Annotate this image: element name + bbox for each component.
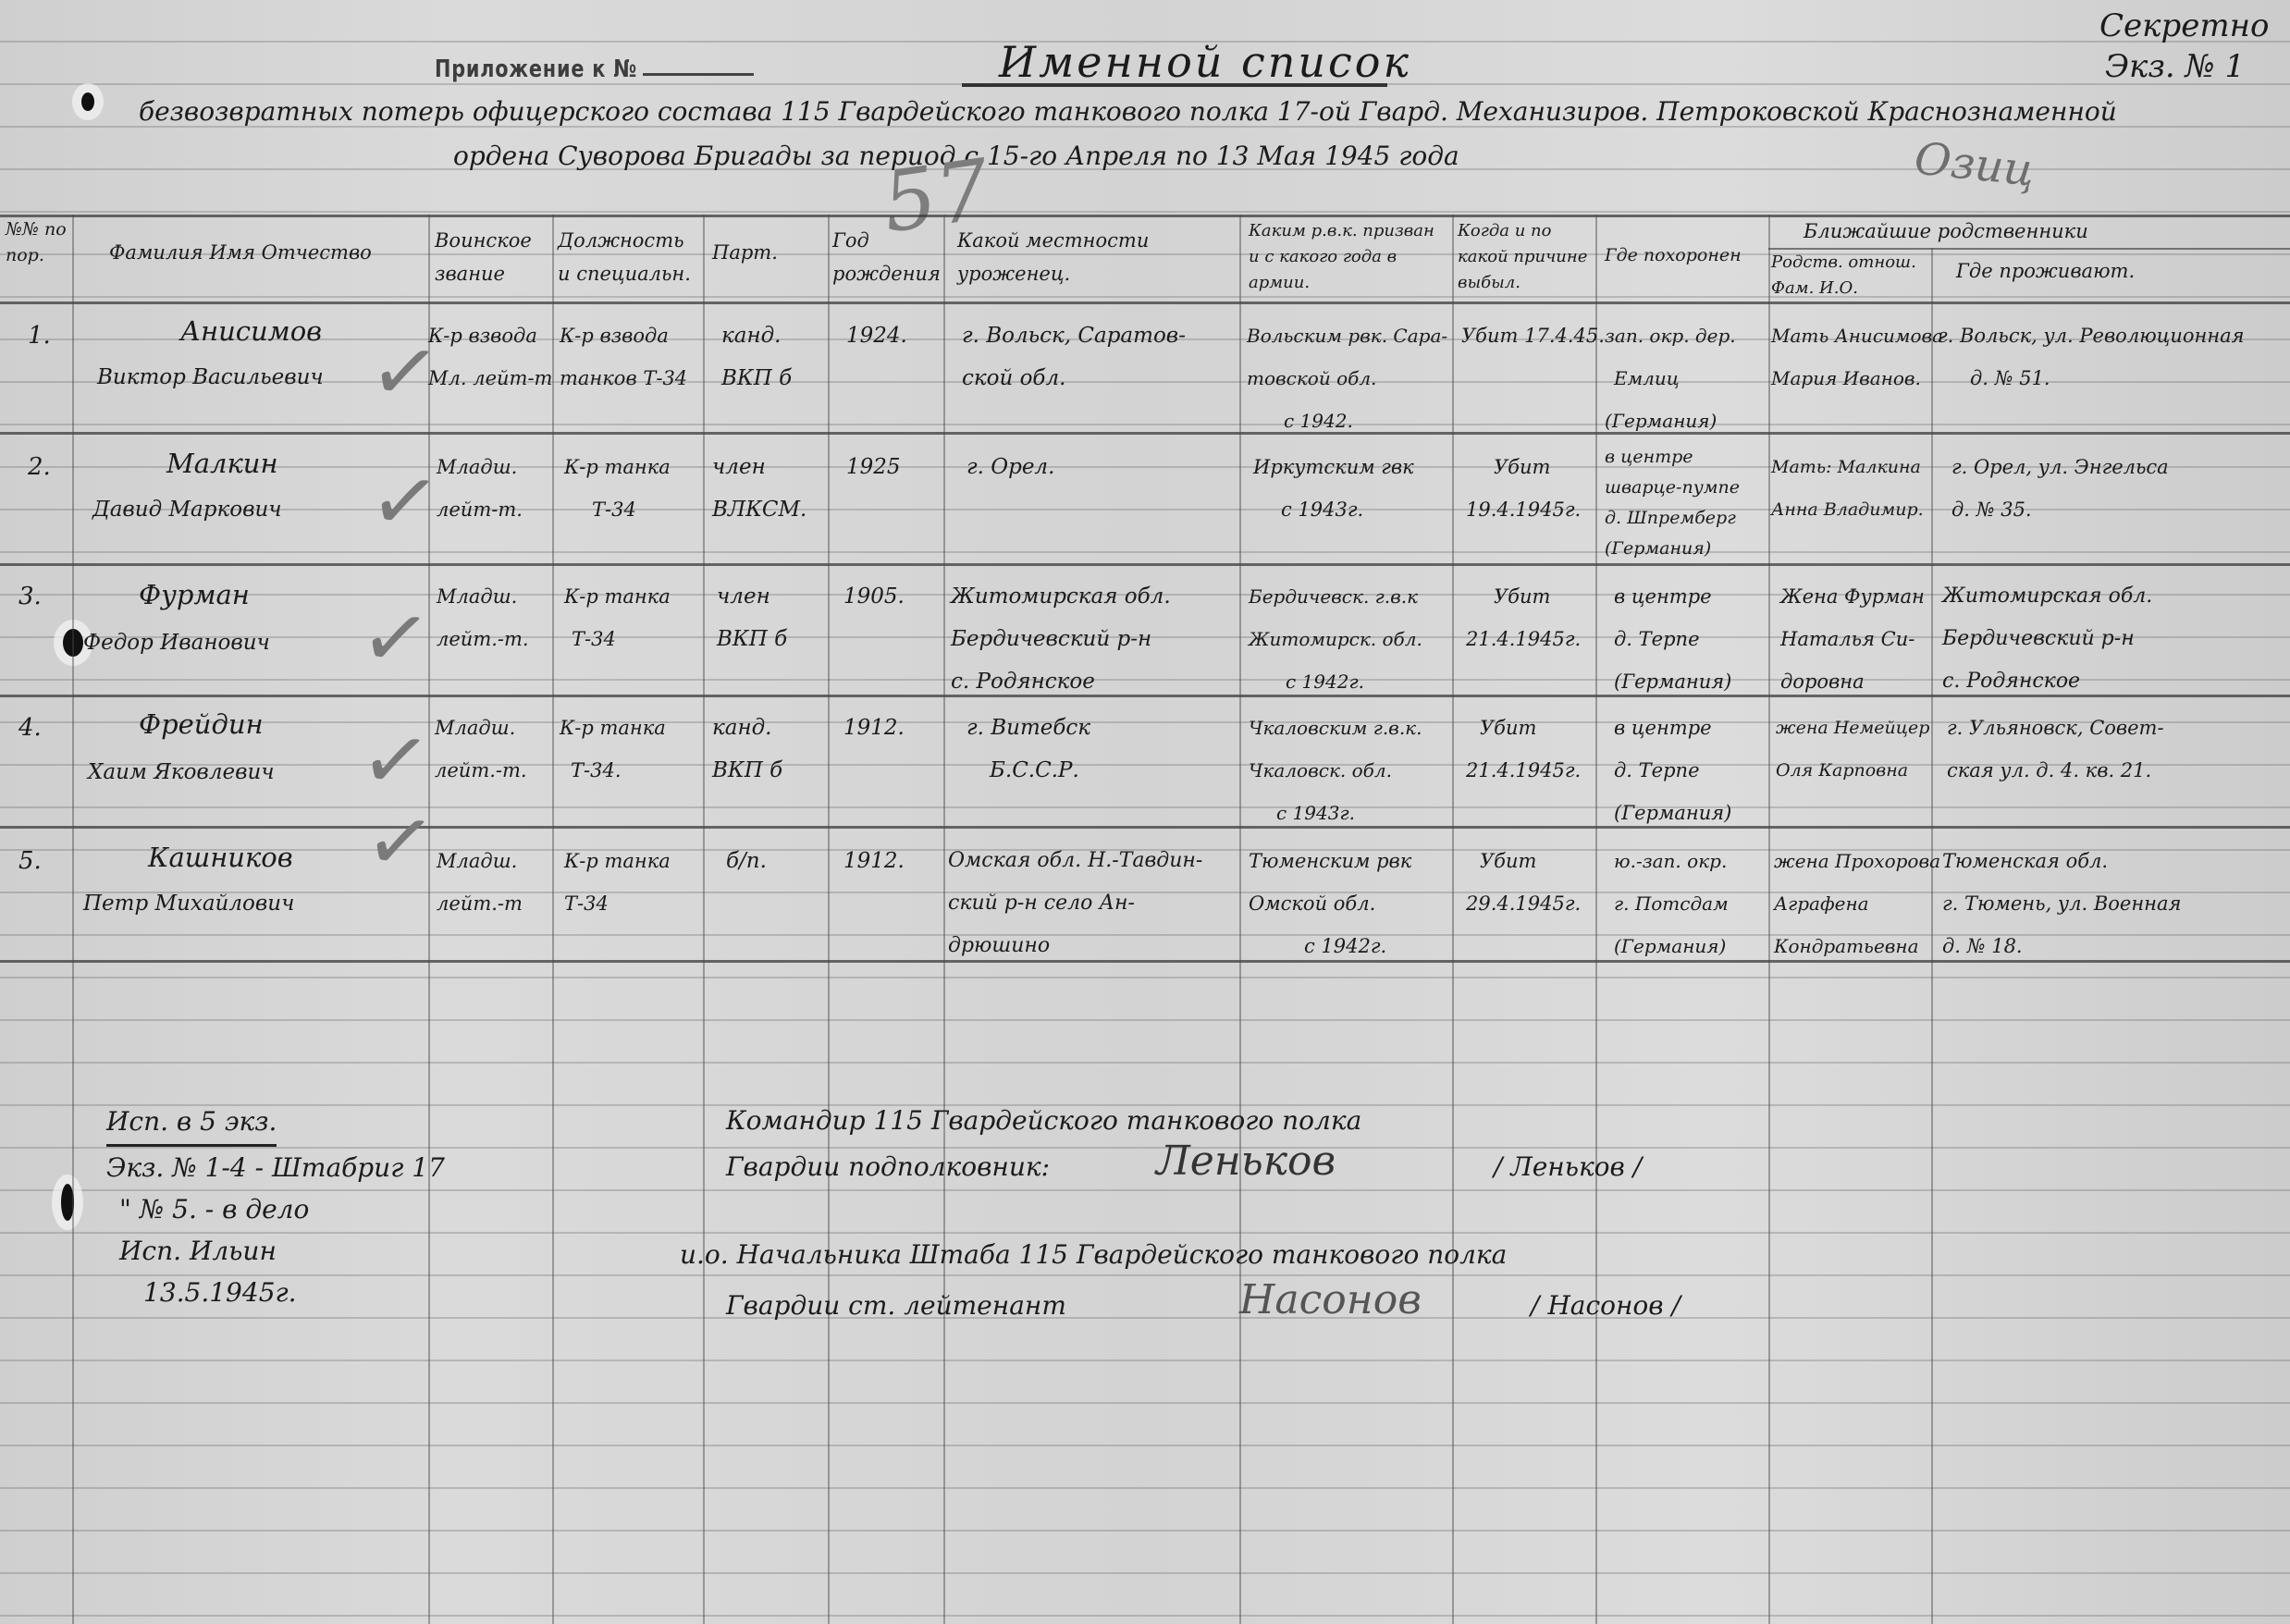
distribution-note: Исп. в 5 экз. Экз. № 1-4 - Штабриг 17 " …: [106, 1101, 445, 1313]
appendix-stamp: Приложение к №: [435, 55, 637, 83]
copies-line-2: " № 5. - в дело: [106, 1188, 445, 1230]
checkmark-icon: ✓: [354, 585, 437, 691]
row-number: 4.: [18, 707, 42, 749]
copies-title: Исп. в 5 экз.: [106, 1101, 277, 1147]
chief-of-staff-signature: Насонов: [1239, 1276, 1422, 1323]
when-why: Убит21.4.1945г.: [1466, 575, 1581, 660]
relative: жена НемейцерОля Карповна: [1776, 707, 1929, 792]
address: Тюменская обл.г. Тюмень, ул. Военнаяд. №…: [1942, 840, 2181, 967]
column-line: [703, 215, 705, 1624]
subtitle-line-1: безвозвратных потерь офицерского состава…: [139, 96, 2117, 127]
column-line: [72, 215, 74, 1624]
address: Житомирская обл.Бердичевский р-нс. Родян…: [1942, 575, 2152, 703]
rank: Младш.лейт.-т.: [435, 707, 527, 792]
copies-line-1: Экз. № 1-4 - Штабриг 17: [106, 1147, 445, 1188]
copy-number: Экз. № 1: [2099, 46, 2269, 87]
relative: Мать АнисимоваМария Иванов.: [1771, 314, 1943, 400]
buried: ю.-зап. окр.г. Потсдам(Германия): [1614, 840, 1729, 967]
drafted: Иркутским гвкс 1943г.: [1253, 446, 1414, 531]
punch-hole: [81, 92, 94, 111]
birthplace: г. Орел.: [966, 446, 1054, 488]
position: К-р танкаТ-34: [564, 446, 671, 531]
position: К-р танкаТ-34.: [560, 707, 666, 792]
when-why: Убит19.4.1945г.: [1466, 446, 1581, 531]
birth-year: 1905.: [843, 575, 905, 618]
column-line: [1595, 215, 1597, 1624]
rank: Младш.лейт.-т: [437, 840, 523, 925]
col-header-position: Должность и специальн.: [558, 224, 701, 290]
col-header-no: №№ по пор.: [6, 216, 68, 268]
column-line: [552, 215, 554, 1624]
commander-signature: Леньков: [1156, 1138, 1336, 1185]
column-line: [1768, 215, 1770, 1624]
buried: зап. окр. дер.Емлиц(Германия): [1605, 314, 1736, 442]
address: г. Ульяновск, Совет-ская ул. д. 4. кв. 2…: [1947, 707, 2164, 792]
column-line: [943, 215, 945, 1624]
row-number: 2.: [28, 446, 51, 488]
stamp-underline: [643, 73, 754, 76]
column-line: [1239, 215, 1241, 1624]
position: К-р взводатанков Т-34: [560, 314, 687, 400]
address: г. Орел, ул. Энгельсад. № 35.: [1951, 446, 2169, 531]
rank: Младш.лейт-т.: [437, 446, 523, 531]
given-names: Давид Маркович: [92, 488, 282, 531]
col-header-address: Где проживают.: [1956, 254, 2135, 288]
pencil-signature: Озиц: [1912, 132, 2037, 196]
row-number: 5.: [18, 840, 42, 882]
drafted: Тюменским рвкОмской обл.с 1942г.: [1249, 840, 1411, 967]
surname: Фрейдин: [139, 703, 264, 745]
col-header-relatives: Ближайшие родственники: [1804, 215, 2088, 248]
birth-year: 1924.: [846, 314, 907, 357]
birthplace: г. ВитебскБ.С.С.Р.: [966, 707, 1090, 792]
buried: в центред. Терпе(Германия): [1614, 707, 1731, 834]
birthplace: г. Вольск, Саратов-ской обл.: [962, 314, 1186, 400]
rank: Младш.лейт.-т.: [437, 575, 529, 660]
chief-of-staff-title-line: и.о. Начальника Штаба 115 Гвардейского т…: [680, 1239, 1507, 1270]
given-names: Хаим Яковлевич: [88, 751, 275, 794]
surname: Кашников: [148, 836, 293, 879]
col-header-birth-year: Год рождения: [832, 224, 939, 290]
col-header-drafted: Каким р.в.к. призван и с какого года в а…: [1249, 218, 1447, 296]
party: членВЛКСМ.: [712, 446, 806, 531]
birth-year: 1925: [846, 446, 901, 488]
when-why: Убит 17.4.45.: [1461, 314, 1605, 357]
relative: Жена ФурманНаталья Си-доровна: [1780, 575, 1925, 703]
col-header-when-why: Когда и по какой причине выбыл.: [1458, 218, 1592, 296]
birthplace: Омская обл. Н.-Тавдин-ский р-н село Ан-д…: [948, 840, 1202, 967]
surname: Анисимов: [180, 310, 322, 352]
surname: Малкин: [166, 442, 278, 485]
col-header-fio: Фамилия Имя Отчество: [109, 236, 372, 269]
buried: в центред. Терпе(Германия): [1614, 575, 1731, 703]
col-header-party: Парт.: [712, 236, 778, 269]
position: К-р танкаТ-34: [564, 840, 671, 925]
when-why: Убит21.4.1945г.: [1466, 707, 1581, 792]
col-header-relation: Родств. отнош. Фам. И.О.: [1771, 250, 1928, 301]
column-line: [1452, 215, 1454, 1624]
relative: Мать: МалкинаАнна Владимир.: [1771, 446, 1924, 531]
chief-of-staff-rank-line: Гвардии ст. лейтенант: [726, 1290, 1066, 1321]
commander-rank-line: Гвардии подполковник:: [726, 1151, 1050, 1182]
position: К-р танкаТ-34: [564, 575, 671, 660]
drafted: Бердичевск. г.в.кЖитомирск. обл.с 1942г.: [1249, 575, 1422, 703]
address: г. Вольск, ул. Революционнаяд. № 51.: [1938, 314, 2245, 400]
commander-title-line: Командир 115 Гвардейского танкового полк…: [726, 1105, 1361, 1136]
party: б/п.: [726, 840, 767, 882]
rank: К-р взводаМл. лейт-т: [428, 314, 552, 400]
party: канд.ВКП б: [721, 314, 792, 400]
secret-label: Секретно: [2099, 6, 2269, 46]
relative: жена ПрохороваАграфенаКондратьевна: [1774, 840, 1940, 967]
chief-of-staff-name: / Насонов /: [1531, 1290, 1681, 1321]
row-number: 3.: [18, 575, 42, 618]
drafted: Чкаловским г.в.к.Чкаловск. обл.с 1943г.: [1249, 707, 1422, 834]
col-header-rank: Воинское звание: [435, 224, 550, 290]
column-line: [828, 215, 830, 1624]
col-header-buried: Где похоронен: [1605, 239, 1742, 272]
executor: Исп. Ильин: [106, 1230, 445, 1272]
birth-year: 1912.: [843, 840, 905, 882]
execution-date: 13.5.1945г.: [106, 1272, 445, 1313]
birthplace: Житомирская обл.Бердичевский р-нс. Родян…: [951, 575, 1171, 703]
row-number: 1.: [28, 314, 51, 357]
row-divider: [0, 826, 2290, 829]
drafted: Вольским рвк. Сара-товской обл.с 1942.: [1247, 314, 1447, 442]
buried: в центрешварце-пумпед. Шпремберг(Германи…: [1605, 442, 1740, 564]
commander-name: / Леньков /: [1494, 1151, 1642, 1182]
given-names: Виктор Васильевич: [97, 356, 324, 399]
party: членВКП б: [717, 575, 787, 660]
title-underline: [962, 83, 1387, 87]
column-line: [428, 215, 430, 1624]
row-divider: [0, 432, 2290, 435]
col-header-birthplace: Какой местности уроженец.: [957, 224, 1225, 290]
document-title: Именной список: [999, 37, 1411, 87]
classification-mark: Секретно Экз. № 1: [2099, 6, 2269, 87]
given-names: Петр Михайлович: [83, 882, 294, 925]
document-page: Приложение к № Именной список Секретно Э…: [0, 0, 2290, 1624]
checkmark-icon: ✓: [359, 789, 441, 894]
party: канд.ВКП б: [712, 707, 782, 792]
given-names: Федор Иванович: [83, 621, 270, 664]
when-why: Убит29.4.1945г.: [1466, 840, 1581, 925]
birth-year: 1912.: [843, 707, 905, 749]
checkmark-icon: ✓: [363, 449, 446, 554]
header-bottom-border: [0, 301, 2290, 304]
row-divider: [0, 563, 2290, 566]
surname: Фурман: [139, 573, 250, 616]
